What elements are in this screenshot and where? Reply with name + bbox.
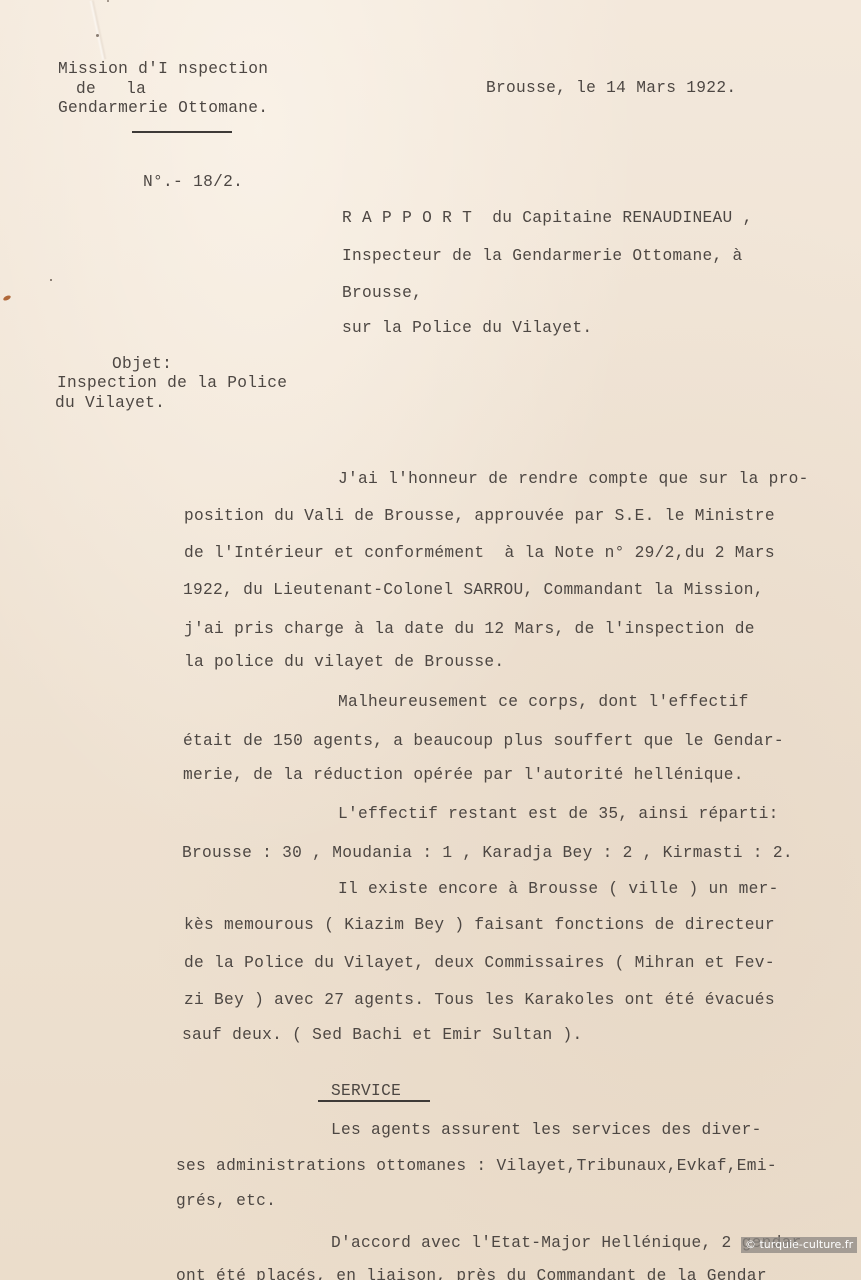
- body-line: zi Bey ) avec 27 agents. Tous les Karako…: [184, 992, 775, 1008]
- sender-line: de la: [76, 81, 146, 97]
- section-heading-service: SERVICE: [331, 1083, 401, 1099]
- title-line: sur la Police du Vilayet.: [342, 320, 592, 336]
- paper-crease: [89, 0, 107, 60]
- body-line: de l'Intérieur et conformément à la Note…: [184, 545, 775, 561]
- subject-label: Objet:: [112, 356, 172, 372]
- body-line: ont été placés, en liaison, près du Comm…: [176, 1268, 767, 1280]
- body-line: de la Police du Vilayet, deux Commissair…: [184, 955, 775, 971]
- title-line: Brousse,: [342, 285, 422, 301]
- title-line: R A P P O R T du Capitaine RENAUDINEAU ,: [342, 210, 753, 226]
- subject-line: Inspection de la Police: [57, 375, 287, 391]
- body-line: D'accord avec l'Etat-Major Hellénique, 2…: [331, 1235, 802, 1251]
- body-line: était de 150 agents, a beaucoup plus sou…: [183, 733, 784, 749]
- paper-speck: [50, 279, 52, 281]
- body-line: kès memourous ( Kiazim Bey ) faisant fon…: [184, 917, 775, 933]
- body-line: la police du vilayet de Brousse.: [184, 654, 504, 670]
- body-line: J'ai l'honneur de rendre compte que sur …: [338, 471, 809, 487]
- reference-number: N°.- 18/2.: [143, 174, 243, 190]
- section-heading-underline: [318, 1100, 430, 1102]
- body-line: Les agents assurent les services des div…: [331, 1122, 762, 1138]
- body-line: L'effectif restant est de 35, ainsi répa…: [338, 806, 779, 822]
- place-date: Brousse, le 14 Mars 1922.: [486, 80, 736, 96]
- copyright-watermark: © turquie-culture.fr: [741, 1237, 857, 1253]
- body-line: Malheureusement ce corps, dont l'effecti…: [338, 694, 749, 710]
- sender-line: Gendarmerie Ottomane.: [58, 100, 268, 116]
- paper-speck: [107, 0, 109, 2]
- body-line: Il existe encore à Brousse ( ville ) un …: [338, 881, 779, 897]
- body-line: grés, etc.: [176, 1193, 276, 1209]
- body-line: 1922, du Lieutenant-Colonel SARROU, Comm…: [183, 582, 764, 598]
- paper-speck: [96, 34, 99, 37]
- body-line: merie, de la réduction opérée par l'auto…: [183, 767, 744, 783]
- subject-line: du Vilayet.: [55, 395, 165, 411]
- title-line: Inspecteur de la Gendarmerie Ottomane, à: [342, 248, 743, 264]
- body-line: ses administrations ottomanes : Vilayet,…: [176, 1158, 777, 1174]
- header-rule: [132, 131, 232, 133]
- sender-line: Mission d'I nspection: [58, 61, 268, 77]
- paper-stain: [3, 294, 12, 301]
- body-line: Brousse : 30 , Moudania : 1 , Karadja Be…: [182, 845, 793, 861]
- body-line: position du Vali de Brousse, approuvée p…: [184, 508, 775, 524]
- body-line: j'ai pris charge à la date du 12 Mars, d…: [184, 621, 755, 637]
- body-line: sauf deux. ( Sed Bachi et Emir Sultan ).: [182, 1027, 583, 1043]
